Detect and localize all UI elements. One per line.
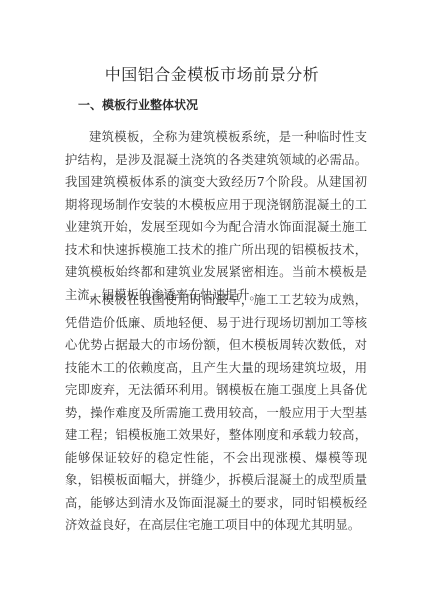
document-title: 中国铝合金模板市场前景分析 bbox=[0, 64, 424, 86]
body-paragraph: 建筑模板，全称为建筑模板系统，是一种临时性支护结构，是涉及混凝土浇筑的各类建筑领… bbox=[65, 126, 367, 306]
section-heading: 一、模板行业整体状况 bbox=[78, 96, 198, 114]
body-paragraph: 木模板在我国使用时间最早，施工工艺较为成熟，凭借造价低廉、质地轻便、易于进行现场… bbox=[65, 289, 367, 537]
document-page: 中国铝合金模板市场前景分析 一、模板行业整体状况 建筑模板，全称为建筑模板系统，… bbox=[0, 0, 424, 600]
